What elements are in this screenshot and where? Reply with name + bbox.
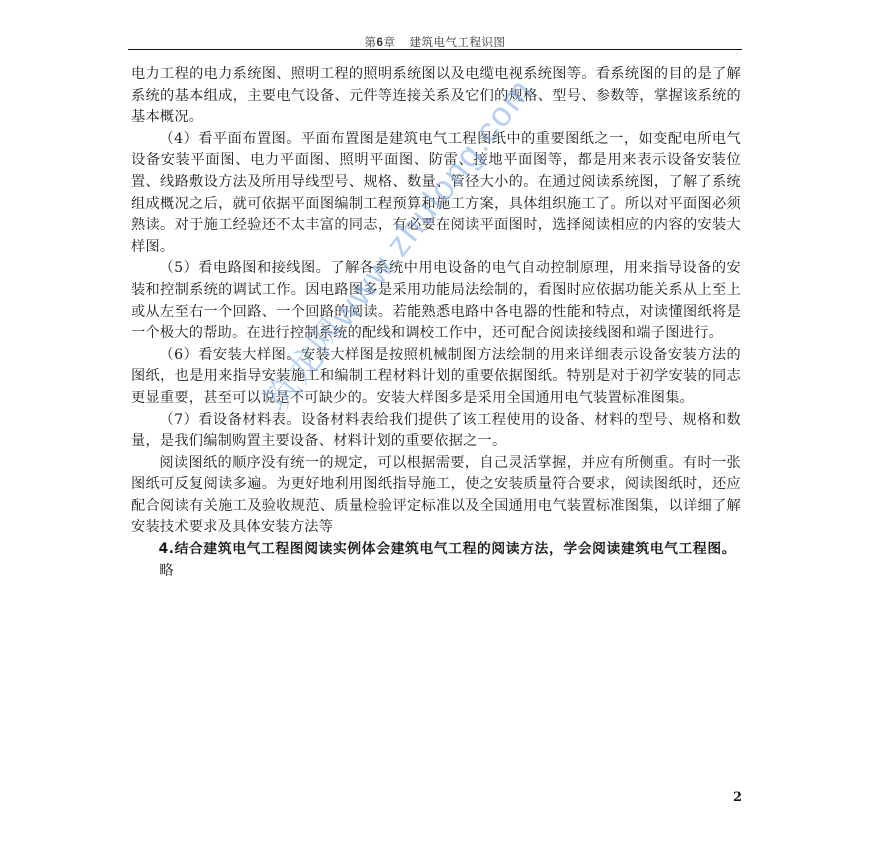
- running-header: 第6章建筑电气工程识图: [128, 34, 742, 50]
- body-text: 电力工程的电力系统图、照明工程的照明系统图以及电缆电视系统图等。看系统图的目的是…: [131, 64, 741, 582]
- chapter-prefix: 第: [365, 35, 377, 49]
- paragraph-circuit-diagram: （5）看电路图和接线图。了解各系统中用电设备的电气自动控制原理，用来指导设备的安…: [131, 258, 741, 344]
- section-heading-4: 4.结合建筑电气工程图阅读实例体会建筑电气工程的阅读方法，学会阅读建筑电气工程图…: [131, 539, 741, 561]
- document-page: 第6章建筑电气工程识图 电力工程的电力系统图、照明工程的照明系统图以及电缆电视系…: [0, 0, 870, 842]
- paragraph-omitted: 略: [131, 561, 741, 583]
- paragraph-system-diagram: 电力工程的电力系统图、照明工程的照明系统图以及电缆电视系统图等。看系统图的目的是…: [131, 64, 741, 129]
- page-number: 2: [733, 790, 742, 805]
- chapter-title: 建筑电气工程识图: [409, 35, 505, 49]
- header-rule: [128, 49, 742, 50]
- paragraph-reading-order: 阅读图纸的顺序没有统一的规定，可以根据需要，自己灵活掌握，并应有所侧重。有时一张…: [131, 453, 741, 539]
- chapter-suffix: 章: [383, 35, 395, 49]
- paragraph-floor-plan: （4）看平面布置图。平面布置图是建筑电气工程图纸中的重要图纸之一，如变配电所电气…: [131, 129, 741, 259]
- paragraph-material-list: （7）看设备材料表。设备材料表给我们提供了该工程使用的设备、材料的型号、规格和数…: [131, 410, 741, 453]
- paragraph-installation-detail: （6）看安装大样图。安装大样图是按照机械制图方法绘制的用来详细表示设备安装方法的…: [131, 345, 741, 410]
